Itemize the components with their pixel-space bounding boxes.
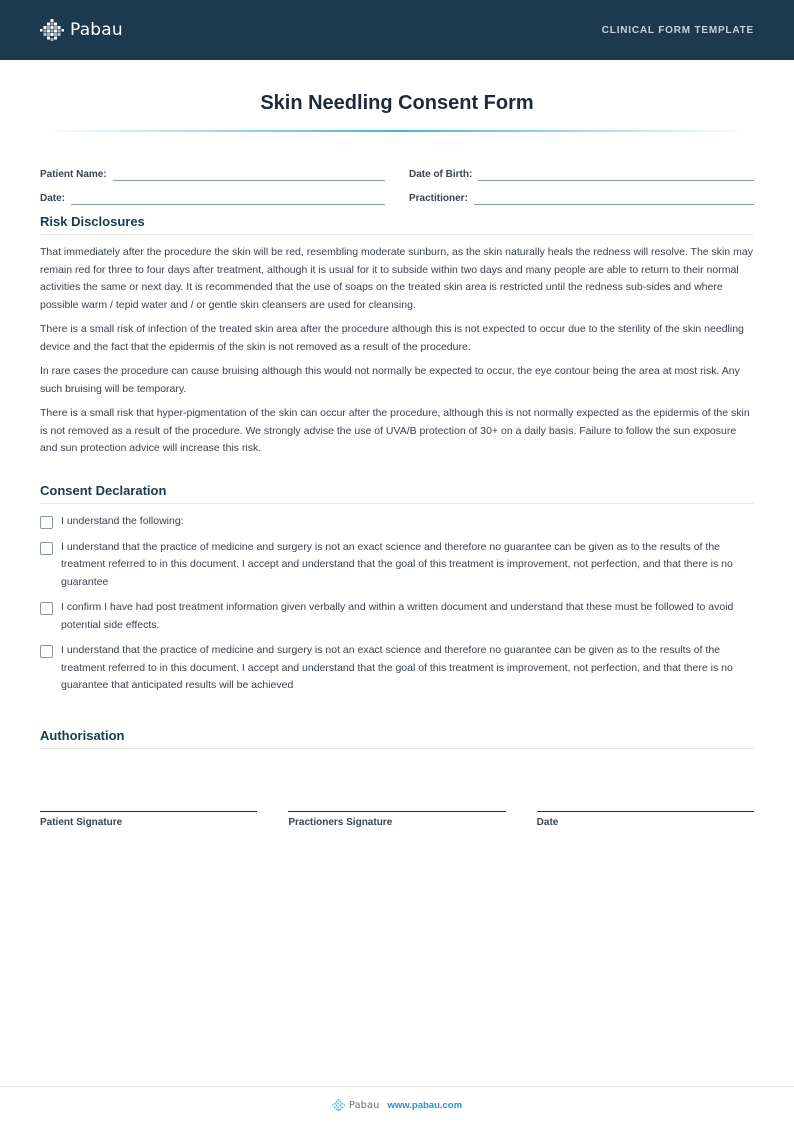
date-of-birth-input[interactable] (478, 172, 754, 181)
website-link[interactable]: www.pabau.com (387, 1100, 462, 1111)
patient-name-field[interactable]: Patient Name: (40, 169, 385, 181)
date-input[interactable] (71, 196, 385, 205)
risk-paragraph: In rare cases the procedure can cause br… (40, 363, 754, 398)
field-label: Practitioner: (409, 193, 468, 205)
patient-name-input[interactable] (113, 172, 385, 181)
risk-paragraph: There is a small risk of infection of th… (40, 321, 754, 356)
signature-label: Patient Signature (40, 817, 257, 828)
signature-label: Practioners Signature (288, 817, 505, 828)
brand-name: Pabau (70, 20, 123, 40)
consent-checklist: I understand the following: I understand… (40, 513, 754, 703)
consent-text: I understand that the practice of medici… (61, 642, 754, 695)
consent-checkbox[interactable] (40, 542, 53, 555)
practitioner-signature-field[interactable]: Practioners Signature (288, 811, 505, 828)
field-label: Patient Name: (40, 169, 107, 181)
pabau-dots-logo-icon (40, 19, 64, 41)
consent-item[interactable]: I understand that the practice of medici… (40, 642, 754, 695)
risk-paragraph: That immediately after the procedure the… (40, 244, 754, 314)
page-header: Pabau CLINICAL FORM TEMPLATE (0, 0, 794, 60)
signature-date-field[interactable]: Date (537, 811, 754, 828)
authorisation-heading: Authorisation (40, 728, 754, 749)
footer-brand-name: Pabau (349, 1100, 380, 1111)
consent-item[interactable]: I confirm I have had post treatment info… (40, 599, 754, 634)
consent-declaration-heading: Consent Declaration (40, 483, 754, 504)
field-label: Date: (40, 193, 65, 205)
practitioner-field[interactable]: Practitioner: (409, 193, 754, 205)
consent-text: I understand the following: (61, 513, 184, 531)
practitioner-input[interactable] (474, 196, 754, 205)
patient-details: Patient Name: Date of Birth: Date: Pract… (40, 157, 754, 205)
title-divider (40, 130, 754, 132)
document-type-label: CLINICAL FORM TEMPLATE (602, 25, 754, 36)
date-of-birth-field[interactable]: Date of Birth: (409, 169, 754, 181)
risk-paragraph: There is a small risk that hyper-pigment… (40, 405, 754, 458)
consent-text: I understand that the practice of medici… (61, 539, 754, 592)
page-footer: Pabau www.pabau.com (0, 1086, 794, 1123)
field-label: Date of Birth: (409, 169, 472, 181)
signature-label: Date (537, 817, 754, 828)
risk-disclosures-body: That immediately after the procedure the… (40, 244, 754, 465)
consent-checkbox[interactable] (40, 645, 53, 658)
consent-checkbox[interactable] (40, 602, 53, 615)
pabau-dots-logo-icon (332, 1099, 345, 1111)
date-field[interactable]: Date: (40, 193, 385, 205)
brand-logo: Pabau (40, 19, 123, 41)
consent-item[interactable]: I understand the following: (40, 513, 754, 531)
risk-disclosures-heading: Risk Disclosures (40, 214, 754, 235)
signature-row: Patient Signature Practioners Signature … (40, 811, 754, 828)
consent-text: I confirm I have had post treatment info… (61, 599, 754, 634)
consent-item[interactable]: I understand that the practice of medici… (40, 539, 754, 592)
consent-checkbox[interactable] (40, 516, 53, 529)
patient-signature-field[interactable]: Patient Signature (40, 811, 257, 828)
page-title: Skin Needling Consent Form (0, 92, 794, 115)
footer-brand-logo: Pabau (332, 1099, 380, 1111)
